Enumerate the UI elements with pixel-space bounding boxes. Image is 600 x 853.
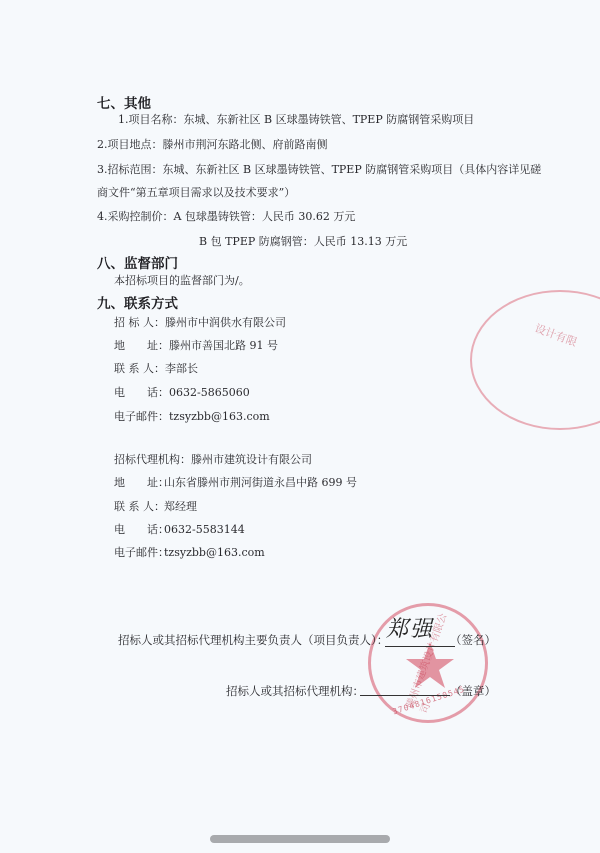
tenderer-name-label: 招 标 人： bbox=[114, 316, 165, 330]
tenderer-contact-row: 联 系 人：李部长 bbox=[114, 362, 198, 376]
tenderer-address: 滕州市善国北路 91 号 bbox=[169, 339, 278, 352]
tenderer-name-row: 招 标 人：滕州市中润供水有限公司 bbox=[114, 316, 286, 330]
price-control-b: B 包 TPEP 防腐钢管：人民币 13.13 万元 bbox=[199, 235, 407, 249]
signature-suffix: （签名） bbox=[450, 633, 496, 647]
agency-contact-label: 联 系 人： bbox=[114, 500, 164, 514]
agency-email: tzsyzbb@163.com bbox=[164, 546, 265, 559]
tenderer-contact: 李部长 bbox=[165, 362, 198, 375]
agency-address-label: 地 址： bbox=[114, 476, 164, 490]
tenderer-address-label: 地 址： bbox=[114, 339, 169, 353]
agency-address: 山东省滕州市荆河街道永昌中路 699 号 bbox=[164, 476, 357, 489]
agency-email-row: 电子邮件：tzsyzbb@163.com bbox=[114, 546, 265, 560]
agency-name: 滕州市建筑设计有限公司 bbox=[191, 453, 312, 466]
tenderer-phone-row: 电 话：0632-5865060 bbox=[114, 386, 250, 400]
tender-scope-line2: 商文件“第五章项目需求以及技术要求”） bbox=[97, 186, 295, 200]
seal-line-label: 招标人或其招标代理机构： bbox=[226, 684, 364, 698]
tenderer-contact-label: 联 系 人： bbox=[114, 362, 165, 376]
section-heading-supervision: 八、监督部门 bbox=[97, 252, 178, 272]
tenderer-name: 滕州市中润供水有限公司 bbox=[165, 316, 286, 329]
signature-underline bbox=[385, 646, 455, 647]
tenderer-email-label: 电子邮件： bbox=[114, 410, 169, 424]
agency-contact: 郑经理 bbox=[164, 500, 197, 513]
tenderer-email-row: 电子邮件：tzsyzbb@163.com bbox=[114, 410, 270, 424]
price-control-a: 4.采购控制价：A 包球墨铸铁管：人民币 30.62 万元 bbox=[97, 210, 355, 224]
agency-phone-label: 电 话： bbox=[114, 523, 164, 537]
home-indicator-bar[interactable] bbox=[210, 835, 390, 843]
handwritten-signature: 郑强 bbox=[386, 612, 434, 643]
agency-name-label: 招标代理机构： bbox=[114, 453, 191, 467]
project-location: 2.项目地点：滕州市荆河东路北侧、府前路南侧 bbox=[97, 138, 328, 152]
agency-name-row: 招标代理机构：滕州市建筑设计有限公司 bbox=[114, 453, 312, 467]
agency-address-row: 地 址：山东省滕州市荆河街道永昌中路 699 号 bbox=[114, 476, 357, 490]
agency-phone: 0632-5583144 bbox=[164, 523, 245, 536]
partial-seal-text: 设计有限 bbox=[533, 320, 580, 350]
partial-seal-stamp: 设计有限 bbox=[470, 290, 600, 430]
tenderer-phone-label: 电 话： bbox=[114, 386, 169, 400]
agency-phone-row: 电 话：0632-5583144 bbox=[114, 523, 245, 537]
project-name: 1.项目名称：东城、东新社区 B 区球墨铸铁管、TPEP 防腐钢管采购项目 bbox=[118, 113, 474, 127]
agency-email-label: 电子邮件： bbox=[114, 546, 164, 560]
tenderer-phone: 0632-5865060 bbox=[169, 386, 250, 399]
agency-contact-row: 联 系 人：郑经理 bbox=[114, 500, 197, 514]
tender-scope-line1: 3.招标范围：东城、东新社区 B 区球墨铸铁管、TPEP 防腐钢管采购项目（具体… bbox=[97, 163, 541, 177]
tenderer-email: tzsyzbb@163.com bbox=[169, 410, 270, 423]
section-heading-other: 七、其他 bbox=[97, 92, 151, 112]
signature-line-label: 招标人或其招标代理机构主要负责人（项目负责人）： bbox=[118, 633, 388, 647]
supervision-text: 本招标项目的监督部门为/。 bbox=[114, 274, 250, 288]
seal-underline bbox=[360, 695, 450, 696]
section-heading-contact: 九、联系方式 bbox=[97, 292, 178, 312]
tenderer-address-row: 地 址：滕州市善国北路 91 号 bbox=[114, 339, 278, 353]
seal-suffix: （盖章） bbox=[450, 684, 496, 698]
